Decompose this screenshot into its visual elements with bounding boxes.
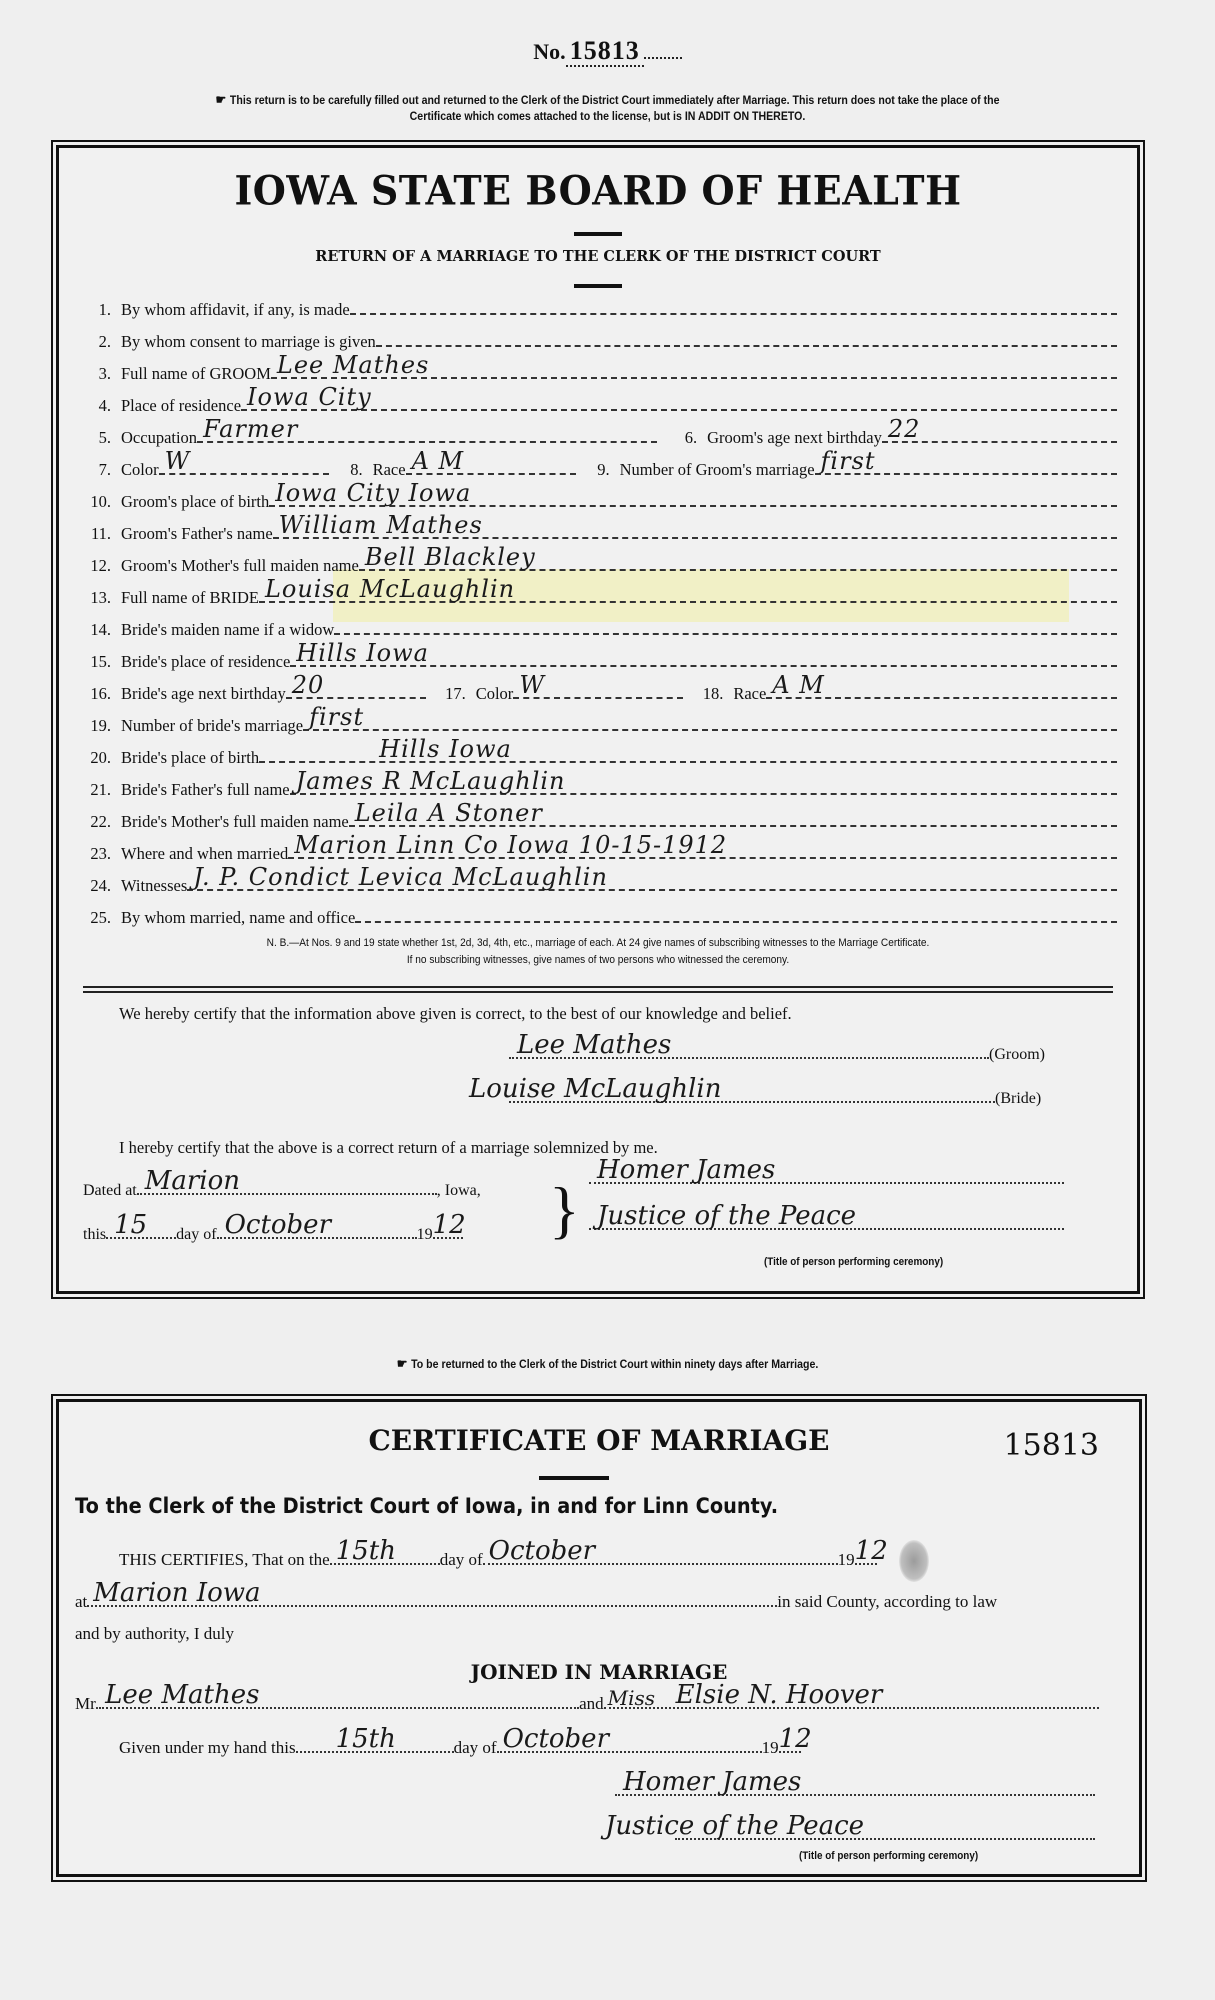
field-row-2: 2.By whom consent to marriage is given [73,326,1117,352]
return-form-box: IOWA STATE BOARD OF HEALTH RETURN OF A M… [56,145,1140,1294]
serial-number-line: No.15813 [0,36,1215,66]
field-row-14: 14.Bride's maiden name if a widow [73,614,1117,640]
bride-signature[interactable]: Louise McLaughlin [509,1101,995,1103]
field-label: Bride's place of residence [121,652,290,672]
bride-maiden-name-field[interactable] [334,633,1117,635]
field-label: Occupation [121,428,197,448]
field-label: Witnesses [121,876,187,896]
consent-field[interactable] [376,345,1117,347]
occupation-field[interactable]: Farmer [197,441,657,443]
field-label: Groom's Father's name [121,524,273,544]
certificate-title: CERTIFICATE OF MARRIAGE [59,1424,1139,1457]
field-label: Full name of GROOM [121,364,271,384]
officiant-title-line: Justice of the Peace [589,1228,1064,1235]
field-label: Bride's Father's full name [121,780,290,800]
field-label: Color [121,460,159,480]
certificate-number: 15813 [1004,1428,1099,1463]
marriage-place-date-field[interactable]: Marion Linn Co Iowa 10-15-1912 [288,857,1117,859]
groom-color-field[interactable]: W [159,473,329,475]
field-row-24: 24.WitnessesJ. P. Condict Levica McLaugh… [73,870,1117,896]
serial-dots [644,57,682,59]
pointing-hand-icon: ☛ [216,92,227,108]
form-title: IOWA STATE BOARD OF HEALTH [59,167,1137,214]
return-deadline-notice: ☛To be returned to the Clerk of the Dist… [85,1356,1129,1373]
cert-year-field[interactable]: 12 [855,1563,877,1565]
field-label: Bride's Mother's full maiden name [121,812,349,832]
field-label: By whom consent to marriage is given [121,332,376,352]
filing-notice: ☛This return is to be carefully filled o… [85,92,1129,125]
field-row-4: 4.Place of residenceIowa City [73,390,1117,416]
field-row-21: 21.Bride's Father's full nameJames R McL… [73,774,1117,800]
serial-number: 15813 [566,36,644,67]
bride-signature-line: Louise McLaughlin(Bride) [509,1090,1041,1108]
groom-caption: (Groom) [989,1046,1045,1064]
officiant-title[interactable]: Justice of the Peace [589,1228,1064,1230]
ink-smudge [899,1540,929,1582]
certificate-box: CERTIFICATE OF MARRIAGE 15813 To the Cle… [56,1399,1142,1877]
given-day-field[interactable]: 15th [296,1751,454,1753]
bride-birthplace-field[interactable]: Hills Iowa [259,761,1117,763]
officiant-signature[interactable]: Homer James [589,1182,1064,1184]
cert-title-caption: (Title of person performing ceremony) [799,1850,978,1862]
field-label: Bride's age next birthday [121,684,286,704]
given-year-field[interactable]: 12 [779,1751,801,1753]
brace-icon: } [549,1178,580,1242]
officiant-field[interactable] [355,921,1117,923]
serial-label: No. [533,39,565,64]
cert-bride-field[interactable]: MissElsie N. Hoover [604,1707,1099,1709]
dated-at-line: Dated atMarion, Iowa, [83,1182,481,1200]
dated-at-field[interactable]: Marion [137,1193,437,1195]
section-divider [83,986,1113,993]
field-row-3: 3.Full name of GROOMLee Mathes [73,358,1117,384]
groom-father-field[interactable]: William Mathes [273,537,1117,539]
place-line: atMarion Iowain said County, according t… [75,1592,997,1612]
bride-marriage-number-field[interactable]: first [303,729,1117,731]
field-row-23: 23.Where and when marriedMarion Linn Co … [73,838,1117,864]
groom-name-field[interactable]: Lee Mathes [271,377,1117,379]
field-row-5-6: 5.OccupationFarmer 6.Groom's age next bi… [73,422,1117,448]
groom-race-field[interactable]: A M [406,473,576,475]
field-label: By whom married, name and office [121,908,355,928]
cert-officiant-title-line: Justice of the Peace [675,1838,1095,1845]
cert-month-field[interactable]: October [483,1563,838,1565]
field-label: Groom's Mother's full maiden name [121,556,359,576]
field-label: Number of Groom's marriage [620,460,815,480]
bride-color-field[interactable]: W [513,697,683,699]
pointing-hand-icon: ☛ [397,1356,408,1372]
certificate-addressee: To the Clerk of the District Court of Io… [75,1494,778,1518]
date-line: this15day ofOctober1912 [83,1226,463,1244]
groom-marriage-number-field[interactable]: first [815,473,1117,475]
field-label: Bride's maiden name if a widow [121,620,334,640]
officiant-certify-text: I hereby certify that the above is a cor… [119,1138,658,1158]
cert-place-field[interactable]: Marion Iowa [87,1605,777,1607]
nb-note: N. B.—At Nos. 9 and 19 state whether 1st… [102,935,1094,969]
year-field[interactable]: 12 [433,1237,463,1239]
groom-age-field[interactable]: 22 [882,441,1117,443]
groom-mother-field[interactable]: Bell Blackley [359,569,1117,571]
cert-day-field[interactable]: 15th [330,1563,440,1565]
certify-text: We hereby certify that the information a… [119,1004,792,1024]
authority-text: and by authority, I duly [75,1624,234,1644]
affidavit-field[interactable] [350,313,1117,315]
cert-groom-field[interactable]: Lee Mathes [99,1707,579,1709]
field-label: By whom affidavit, if any, is made [121,300,350,320]
field-label: Number of bride's marriage [121,716,303,736]
field-row-7-9: 7.ColorW 8.RaceA M 9.Number of Groom's m… [73,454,1117,480]
groom-residence-field[interactable]: Iowa City [241,409,1117,411]
groom-signature-line: Lee Mathes(Groom) [509,1046,1045,1064]
field-row-13: 13.Full name of BRIDELouisa McLaughlin [73,582,1117,608]
given-month-field[interactable]: October [497,1751,762,1753]
bride-name-field[interactable]: Louisa McLaughlin [259,601,1117,603]
cert-officiant-title[interactable]: Justice of the Peace [675,1838,1095,1840]
field-label: Race [373,460,406,480]
field-label: Place of residence [121,396,241,416]
field-row-16-18: 16.Bride's age next birthday20 17.ColorW… [73,678,1117,704]
bride-residence-field[interactable]: Hills Iowa [290,665,1117,667]
officiant-signature-line: Homer James [589,1182,1064,1189]
divider-rule [539,1476,609,1480]
cert-officiant-signature-line: Homer James [615,1794,1095,1801]
bride-caption: (Bride) [995,1090,1041,1108]
given-line: Given under my hand this15thday ofOctobe… [119,1738,801,1758]
field-label: Color [476,684,514,704]
field-row-11: 11.Groom's Father's nameWilliam Mathes [73,518,1117,544]
month-field[interactable]: October [217,1237,417,1239]
witnesses-field[interactable]: J. P. Condict Levica McLaughlin [187,889,1117,891]
divider-rule [574,284,622,288]
form-subtitle: RETURN OF A MARRIAGE TO THE CLERK OF THE… [59,248,1137,265]
field-row-19: 19.Number of bride's marriagefirst [73,710,1117,736]
day-field[interactable]: 15 [106,1237,176,1239]
field-label: Race [733,684,766,704]
field-row-22: 22.Bride's Mother's full maiden nameLeil… [73,806,1117,832]
field-row-12: 12.Groom's Mother's full maiden nameBell… [73,550,1117,576]
bride-mother-field[interactable]: Leila A Stoner [349,825,1117,827]
field-label: Full name of BRIDE [121,588,259,608]
groom-signature[interactable]: Lee Mathes [509,1057,989,1059]
couple-line: Mr.Lee MathesandMissElsie N. Hoover [75,1694,1099,1714]
field-label: Groom's age next birthday [707,428,882,448]
bride-race-field[interactable]: A M [766,697,1117,699]
cert-officiant-signature[interactable]: Homer James [615,1794,1095,1796]
field-label: Groom's place of birth [121,492,269,512]
groom-birthplace-field[interactable]: Iowa City Iowa [269,505,1117,507]
certifies-line: THIS CERTIFIES, That on the15thday ofOct… [119,1550,877,1570]
field-row-15: 15.Bride's place of residenceHills Iowa [73,646,1117,672]
bride-age-field[interactable]: 20 [286,697,426,699]
notice-line-1: This return is to be carefully filled ou… [230,95,1000,107]
field-label: Bride's place of birth [121,748,259,768]
notice-line-2: Certificate which comes attached to the … [85,109,1129,125]
field-row-10: 10.Groom's place of birthIowa City Iowa [73,486,1117,512]
title-caption: (Title of person performing ceremony) [764,1256,943,1268]
field-label: Where and when married [121,844,288,864]
field-row-25: 25.By whom married, name and office [73,902,1117,928]
divider-rule [574,232,622,236]
field-row-20: 20.Bride's place of birthHills Iowa [73,742,1117,768]
field-row-1: 1.By whom affidavit, if any, is made [73,294,1117,320]
bride-father-field[interactable]: James R McLaughlin [290,793,1117,795]
